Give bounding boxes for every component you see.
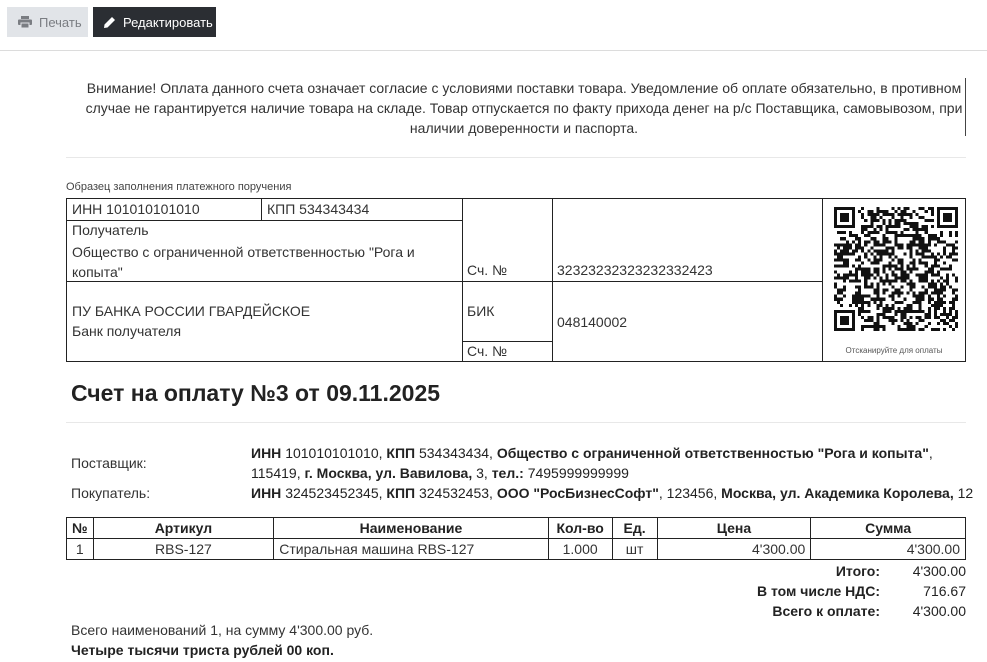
bank-label: Банк получателя: [72, 323, 181, 339]
cell-article: RBS-127: [93, 539, 274, 560]
bik-label: БИК: [467, 303, 494, 319]
account-number: 32323232323232332423: [557, 262, 713, 278]
recipient-name: Общество с ограниченной ответственностью…: [72, 242, 442, 282]
vat-label: В том числе НДС:: [757, 581, 880, 601]
total-value: 4'300.00: [880, 561, 966, 581]
bank-details-table: ИНН 101010101010 КПП 534343434 Получател…: [66, 198, 966, 362]
divider: [552, 199, 553, 361]
divider: [822, 199, 823, 361]
total-row: Итого: 4'300.00: [757, 561, 966, 581]
col-header-name: Наименование: [274, 518, 548, 539]
cell-price: 4'300.00: [657, 539, 811, 560]
buyer-details: ИНН 324523452345, КПП 324532453, ООО "Ро…: [251, 483, 981, 503]
corr-account-label: Сч. №: [467, 343, 507, 359]
divider: [67, 220, 462, 221]
recipient-label: Получатель: [72, 222, 149, 238]
items-count-summary: Всего наименований 1, на сумму 4'300.00 …: [71, 622, 373, 638]
vat-value: 716.67: [880, 581, 966, 601]
vat-row: В том числе НДС: 716.67: [757, 581, 966, 601]
supplier-details: ИНН 101010101010, КПП 534343434, Обществ…: [251, 443, 951, 483]
recipient-inn: ИНН 101010101010: [72, 201, 200, 217]
printer-icon: [18, 16, 32, 28]
bik-value: 048140002: [557, 314, 627, 330]
divider: [261, 199, 262, 220]
payment-qr-code: [834, 206, 958, 332]
due-row: Всего к оплате: 4'300.00: [757, 601, 966, 621]
account-label: Сч. №: [467, 262, 507, 278]
due-label: Всего к оплате:: [772, 601, 880, 621]
table-header-row: № Артикул Наименование Кол-во Ед. Цена С…: [67, 518, 966, 539]
edit-button[interactable]: Редактировать: [93, 7, 216, 37]
notice-border: [965, 78, 966, 136]
cell-qty: 1.000: [548, 539, 612, 560]
invoice-title: Счет на оплату №3 от 09.11.2025: [71, 380, 440, 407]
col-header-qty: Кол-во: [548, 518, 612, 539]
title-divider: [66, 422, 966, 423]
table-row: 1 RBS-127 Стиральная машина RBS-127 1.00…: [67, 539, 966, 560]
pencil-icon: [103, 16, 116, 29]
payment-sample-caption: Образец заполнения платежного поручения: [66, 181, 291, 193]
col-header-num: №: [67, 518, 94, 539]
print-label: Печать: [39, 15, 82, 30]
edit-label: Редактировать: [123, 15, 213, 30]
amount-in-words: Четыре тысячи триста рублей 00 коп.: [71, 642, 334, 658]
cell-unit: шт: [612, 539, 657, 560]
toolbar: Печать Редактировать: [0, 0, 987, 51]
recipient-kpp: КПП 534343434: [267, 201, 369, 217]
print-button[interactable]: Печать: [7, 7, 88, 37]
buyer-label: Покупатель:: [71, 485, 150, 501]
col-header-sum: Сумма: [811, 518, 966, 539]
col-header-article: Артикул: [93, 518, 274, 539]
cell-sum: 4'300.00: [811, 539, 966, 560]
qr-caption: Отсканируйте для оплаты: [822, 346, 966, 355]
cell-num: 1: [67, 539, 94, 560]
due-value: 4'300.00: [880, 601, 966, 621]
divider: [462, 199, 463, 361]
divider: [462, 341, 552, 342]
items-table: № Артикул Наименование Кол-во Ед. Цена С…: [66, 517, 966, 560]
col-header-price: Цена: [657, 518, 811, 539]
totals-block: Итого: 4'300.00 В том числе НДС: 716.67 …: [757, 561, 966, 621]
payment-notice: Внимание! Оплата данного счета означает …: [66, 72, 966, 158]
notice-text: Внимание! Оплата данного счета означает …: [84, 78, 964, 138]
total-label: Итого:: [836, 561, 880, 581]
col-header-unit: Ед.: [612, 518, 657, 539]
supplier-label: Поставщик:: [71, 455, 147, 471]
cell-name: Стиральная машина RBS-127: [274, 539, 548, 560]
bank-name: ПУ БАНКА РОССИИ ГВАРДЕЙСКОЕ: [72, 303, 310, 319]
